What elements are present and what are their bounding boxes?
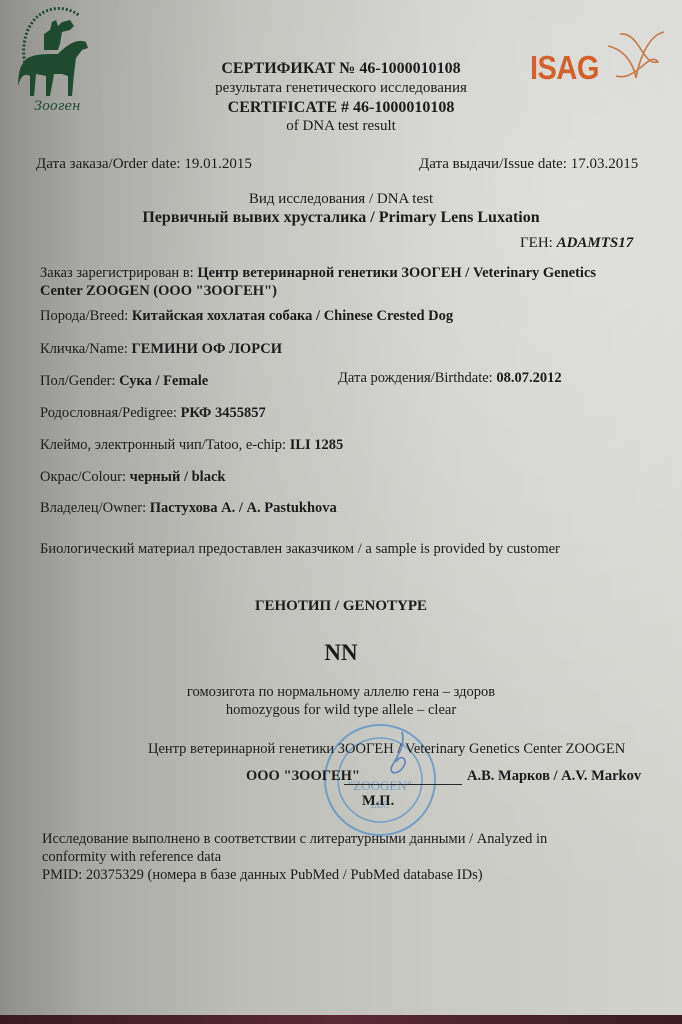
chip-value: ILI 1285: [290, 437, 344, 453]
footer-pmid: PMID: 20375329 (номера в базе данных Pub…: [42, 867, 483, 884]
test-name: Первичный вывих хрусталика / Primary Len…: [0, 209, 682, 227]
genotype-desc-en: homozygous for wild type allele – clear: [0, 702, 682, 719]
registered-value: Центр ветеринарной генетики ЗООГЕН / Vet…: [197, 265, 596, 281]
test-type-label: Вид исследования / DNA test: [0, 191, 682, 208]
issue-date: Дата выдачи/Issue date: 17.03.2015: [419, 156, 638, 173]
order-date-value: 19.01.2015: [184, 156, 252, 172]
registered-at: Заказ зарегистрирован в: Центр ветеринар…: [40, 265, 596, 282]
signature-center: Центр ветеринарной генетики ЗООГЕН / Vet…: [148, 741, 625, 758]
sample-note: Биологический материал предоставлен зака…: [40, 541, 560, 558]
owner-label: Владелец/Owner:: [40, 500, 146, 516]
gene: ГЕН: ADAMTS17: [520, 235, 633, 252]
owner: Владелец/Owner: Пастухова А. / A. Pastuk…: [40, 500, 337, 517]
birthdate-label: Дата рождения/Birthdate:: [338, 370, 493, 386]
gene-label: ГЕН:: [520, 235, 553, 251]
order-date: Дата заказа/Order date: 19.01.2015: [36, 156, 252, 173]
order-date-label: Дата заказа/Order date:: [36, 156, 181, 172]
birthdate-value: 08.07.2012: [496, 370, 561, 386]
signature-org: ООО "ЗООГЕН": [246, 768, 360, 785]
genotype-heading: ГЕНОТИП / GENOTYPE: [0, 598, 682, 615]
birthdate: Дата рождения/Birthdate: 08.07.2012: [338, 370, 562, 387]
dog-name: Кличка/Name: ГЕМИНИ ОФ ЛОРСИ: [40, 341, 282, 358]
certificate-title-ru: СЕРТИФИКАТ № 46-1000010108: [0, 60, 682, 78]
signer-name: А.В. Марков / A.V. Markov: [467, 768, 641, 785]
name-label: Кличка/Name:: [40, 341, 128, 357]
colour: Окрас/Colour: черный / black: [40, 469, 225, 486]
certificate-subtitle-ru: результата генетического исследования: [0, 80, 682, 97]
owner-value: Пастухова А. / A. Pastukhova: [150, 500, 337, 516]
gender-label: Пол/Gender:: [40, 373, 116, 389]
colour-label: Окрас/Colour:: [40, 469, 126, 485]
registered-value-line2: Center ZOOGEN (ООО "ЗООГЕН"): [40, 283, 277, 300]
gene-value: ADAMTS17: [557, 235, 634, 251]
certificate-title-en: CERTIFICATE # 46-1000010108: [0, 99, 682, 117]
table-surface-edge: [0, 1015, 682, 1024]
registered-label: Заказ зарегистрирован в:: [40, 265, 194, 281]
chip: Клеймо, электронный чип/Tatoo, e-chip: I…: [40, 437, 343, 454]
gender-value: Сука / Female: [119, 373, 208, 389]
seal-label: М.П.: [362, 793, 394, 810]
chip-label: Клеймо, электронный чип/Tatoo, e-chip:: [40, 437, 286, 453]
colour-value: черный / black: [130, 469, 226, 485]
pedigree-value: РКФ 3455857: [181, 405, 266, 421]
certificate-subtitle-en: of DNA test result: [0, 118, 682, 135]
signature-line: [344, 784, 462, 785]
issue-date-value: 17.03.2015: [571, 156, 639, 172]
pedigree: Родословная/Pedigree: РКФ 3455857: [40, 405, 266, 422]
issue-date-label: Дата выдачи/Issue date:: [419, 156, 567, 172]
breed-value: Китайская хохлатая собака / Chinese Cres…: [132, 308, 453, 324]
pedigree-label: Родословная/Pedigree:: [40, 405, 177, 421]
footer-line2: conformity with reference data: [42, 849, 221, 866]
genotype-desc-ru: гомозигота по нормальному аллелю гена – …: [0, 684, 682, 701]
footer-line1: Исследование выполнено в соответствии с …: [42, 831, 547, 848]
breed-label: Порода/Breed:: [40, 308, 128, 324]
breed: Порода/Breed: Китайская хохлатая собака …: [40, 308, 453, 325]
gender: Пол/Gender: Сука / Female: [40, 373, 208, 390]
name-value: ГЕМИНИ ОФ ЛОРСИ: [132, 341, 282, 357]
genotype-value: NN: [0, 640, 682, 666]
